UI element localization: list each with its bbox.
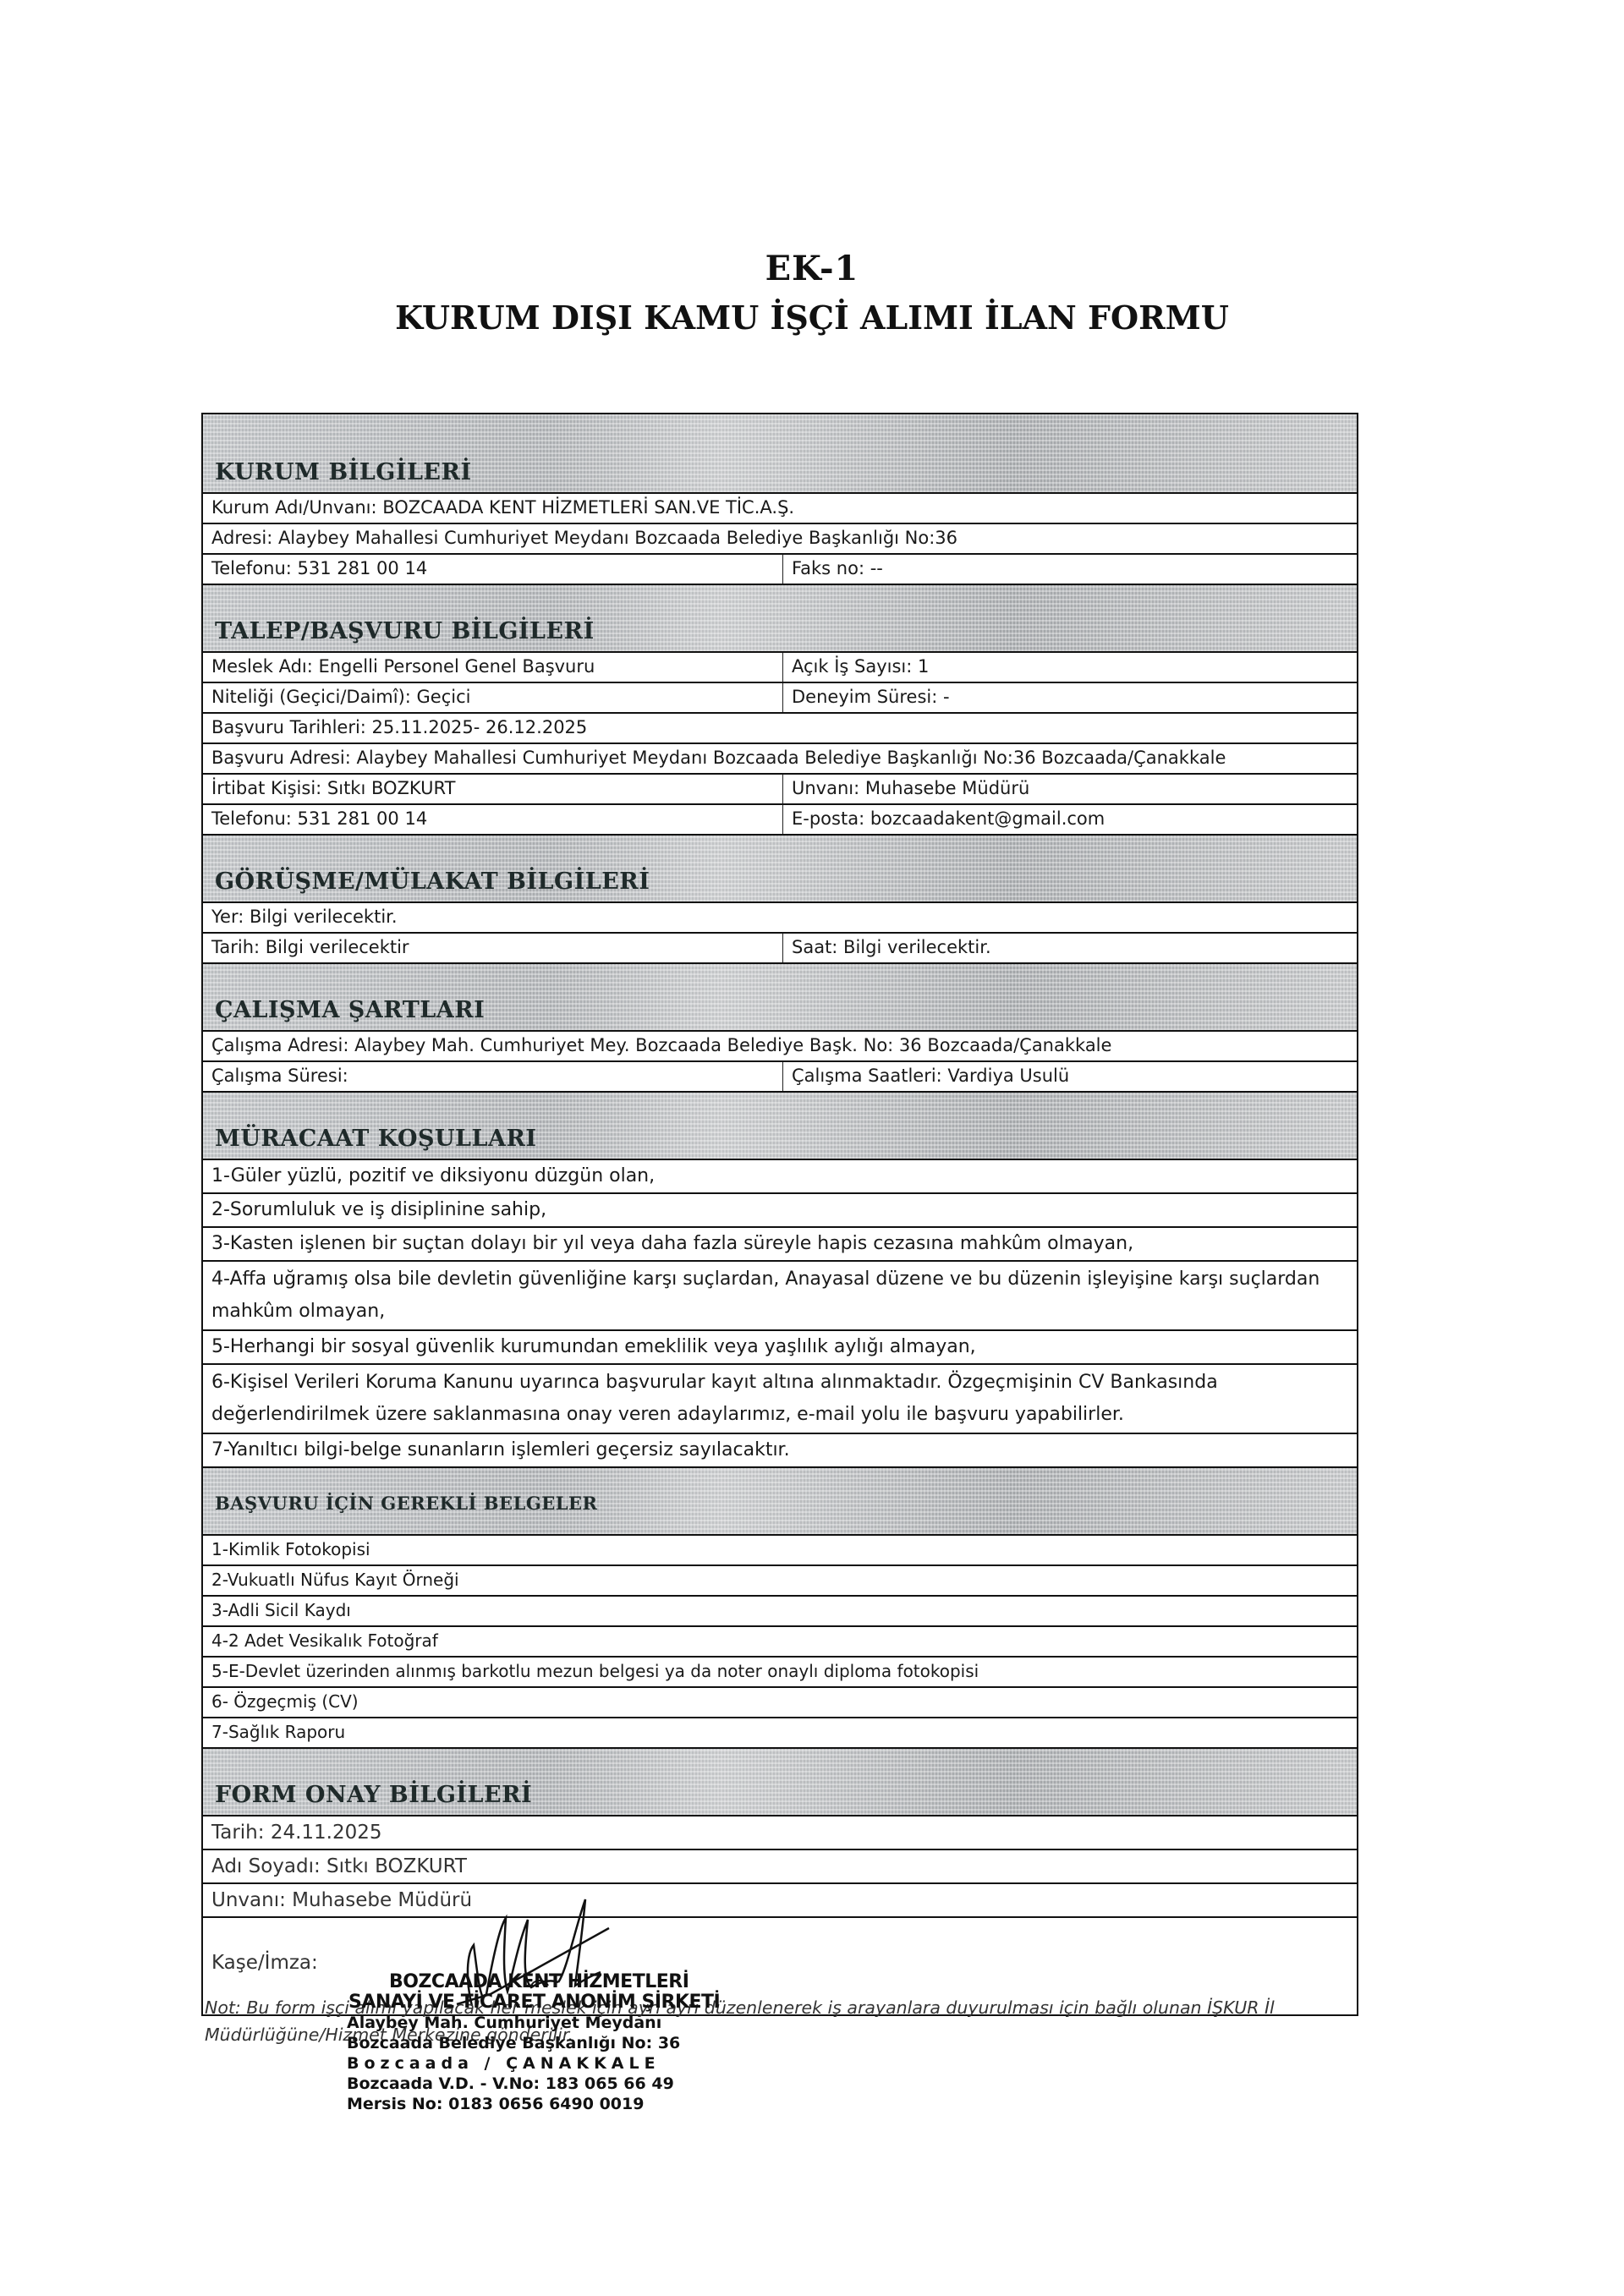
required-document: 1-Kimlik Fotokopisi [203, 1536, 1357, 1564]
table-row: Adresi: Alaybey Mahallesi Cumhuriyet Mey… [203, 524, 1357, 555]
application-dates: Başvuru Tarihleri: 25.11.2025- 26.12.202… [203, 714, 1357, 743]
institution-address: Adresi: Alaybey Mahallesi Cumhuriyet Mey… [203, 524, 1357, 553]
document-row: 1-Kimlik Fotokopisi [203, 1536, 1357, 1566]
section-header-gorusme: GÖRÜŞME/MÜLAKAT BİLGİLERİ [203, 836, 1357, 903]
required-document: 6- Özgeçmiş (CV) [203, 1688, 1357, 1717]
table-row: Unvanı: Muhasebe Müdürü [203, 1884, 1357, 1918]
section-title: GÖRÜŞME/MÜLAKAT BİLGİLERİ [215, 869, 650, 895]
required-document: 7-Sağlık Raporu [203, 1718, 1357, 1747]
condition-item: 6-Kişisel Verileri Koruma Kanunu uyarınc… [203, 1365, 1357, 1433]
stamp-line: BOZCAADA KENT HİZMETLERİ [389, 1972, 727, 1992]
table-row: Tarih: Bilgi verilecektir Saat: Bilgi ve… [203, 934, 1357, 964]
condition-item: 7-Yanıltıcı bilgi-belge sunanların işlem… [203, 1434, 1357, 1466]
condition-item: 5-Herhangi bir sosyal güvenlik kurumunda… [203, 1331, 1357, 1363]
section-title: TALEP/BAŞVURU BİLGİLERİ [215, 618, 595, 644]
document-row: 3-Adli Sicil Kaydı [203, 1597, 1357, 1627]
section-title: MÜRACAAT KOŞULLARI [215, 1126, 537, 1152]
announcement-form-table: KURUM BİLGİLERİ Kurum Adı/Unvanı: BOZCAA… [201, 413, 1358, 2016]
document-row: 2-Vukuatlı Nüfus Kayıt Örneği [203, 1566, 1357, 1597]
contact-phone: Telefonu: 531 281 00 14 [203, 805, 783, 834]
condition-row: 1-Güler yüzlü, pozitif ve diksiyonu düzg… [203, 1160, 1357, 1194]
condition-row: 5-Herhangi bir sosyal güvenlik kurumunda… [203, 1331, 1357, 1365]
table-row: Telefonu: 531 281 00 14 Faks no: -- [203, 555, 1357, 585]
section-header-talep: TALEP/BAŞVURU BİLGİLERİ [203, 585, 1357, 653]
condition-item: 2-Sorumluluk ve iş disiplinine sahip, [203, 1194, 1357, 1226]
condition-row: 7-Yanıltıcı bilgi-belge sunanların işlem… [203, 1434, 1357, 1468]
interview-place: Yer: Bilgi verilecektir. [203, 903, 1357, 932]
required-document: 5-E-Devlet üzerinden alınmış barkotlu me… [203, 1658, 1357, 1686]
open-positions: Açık İş Sayısı: 1 [783, 653, 1357, 682]
table-row: Yer: Bilgi verilecektir. [203, 903, 1357, 934]
section-header-belgeler: BAŞVURU İÇİN GEREKLİ BELGELER [203, 1468, 1357, 1536]
stamp-line: Bozcaada V.D. - V.No: 183 065 66 49 [347, 2074, 727, 2094]
condition-row: 6-Kişisel Verileri Koruma Kanunu uyarınc… [203, 1365, 1357, 1434]
table-row: Meslek Adı: Engelli Personel Genel Başvu… [203, 653, 1357, 683]
document-row: 6- Özgeçmiş (CV) [203, 1688, 1357, 1718]
approval-date: Tarih: 24.11.2025 [203, 1817, 1357, 1849]
section-header-calisma: ÇALIŞMA ŞARTLARI [203, 964, 1357, 1032]
employment-nature: Niteliği (Geçici/Daimî): Geçici [203, 683, 783, 712]
stamp-line: SANAYİ VE TİCARET ANONİM ŞİRKETİ [348, 1992, 727, 2013]
company-stamp: BOZCAADA KENT HİZMETLERİ SANAYİ VE TİCAR… [338, 1972, 727, 2114]
work-hours: Çalışma Saatleri: Vardiya Usulü [783, 1062, 1357, 1091]
document-row: 5-E-Devlet üzerinden alınmış barkotlu me… [203, 1658, 1357, 1688]
section-header-muracaat: MÜRACAAT KOŞULLARI [203, 1093, 1357, 1160]
form-title: KURUM DIŞI KAMU İŞÇİ ALIMI İLAN FORMU [0, 294, 1624, 342]
institution-phone: Telefonu: 531 281 00 14 [203, 555, 783, 584]
table-row: Adı Soyadı: Sıtkı BOZKURT [203, 1850, 1357, 1884]
occupation-name: Meslek Adı: Engelli Personel Genel Başvu… [203, 653, 783, 682]
section-title: KURUM BİLGİLERİ [215, 459, 472, 485]
table-row: Başvuru Adresi: Alaybey Mahallesi Cumhur… [203, 744, 1357, 775]
interview-date: Tarih: Bilgi verilecektir [203, 934, 783, 962]
table-row: Çalışma Adresi: Alaybey Mah. Cumhuriyet … [203, 1032, 1357, 1062]
contact-person: İrtibat Kişisi: Sıtkı BOZKURT [203, 775, 783, 803]
work-address: Çalışma Adresi: Alaybey Mah. Cumhuriyet … [203, 1032, 1357, 1060]
table-row: Çalışma Süresi: Çalışma Saatleri: Vardiy… [203, 1062, 1357, 1093]
table-row: Telefonu: 531 281 00 14 E-posta: bozcaad… [203, 805, 1357, 836]
required-document: 3-Adli Sicil Kaydı [203, 1597, 1357, 1625]
stamp-line: Bozcaada Belediye Başkanlığı No: 36 [347, 2033, 727, 2053]
section-header-kurum: KURUM BİLGİLERİ [203, 414, 1357, 494]
table-row: Kurum Adı/Unvanı: BOZCAADA KENT HİZMETLE… [203, 494, 1357, 524]
required-document: 4-2 Adet Vesikalık Fotoğraf [203, 1627, 1357, 1656]
approver-name: Adı Soyadı: Sıtkı BOZKURT [203, 1850, 1357, 1882]
experience-duration: Deneyim Süresi: - [783, 683, 1357, 712]
section-title: ÇALIŞMA ŞARTLARI [215, 997, 485, 1023]
section-title: FORM ONAY BİLGİLERİ [215, 1782, 532, 1808]
condition-item: 3-Kasten işlenen bir suçtan dolayı bir y… [203, 1228, 1357, 1260]
section-header-onay: FORM ONAY BİLGİLERİ [203, 1749, 1357, 1817]
required-document: 2-Vukuatlı Nüfus Kayıt Örneği [203, 1566, 1357, 1595]
institution-name: Kurum Adı/Unvanı: BOZCAADA KENT HİZMETLE… [203, 494, 1357, 523]
condition-row: 2-Sorumluluk ve iş disiplinine sahip, [203, 1194, 1357, 1228]
document-title-block: EK-1 KURUM DIŞI KAMU İŞÇİ ALIMI İLAN FOR… [0, 245, 1624, 342]
document-row: 7-Sağlık Raporu [203, 1718, 1357, 1749]
work-duration: Çalışma Süresi: [203, 1062, 783, 1091]
table-row: Niteliği (Geçici/Daimî): Geçici Deneyim … [203, 683, 1357, 714]
condition-item: 1-Güler yüzlü, pozitif ve diksiyonu düzg… [203, 1160, 1357, 1192]
institution-fax: Faks no: -- [783, 555, 1357, 584]
stamp-line: Mersis No: 0183 0656 6490 0019 [347, 2094, 727, 2114]
application-address: Başvuru Adresi: Alaybey Mahallesi Cumhur… [203, 744, 1357, 773]
table-row: Başvuru Tarihleri: 25.11.2025- 26.12.202… [203, 714, 1357, 744]
table-row: Tarih: 24.11.2025 [203, 1817, 1357, 1850]
interview-time: Saat: Bilgi verilecektir. [783, 934, 1357, 962]
condition-item: 4-Affa uğramış olsa bile devletin güvenl… [203, 1262, 1357, 1329]
condition-row: 3-Kasten işlenen bir suçtan dolayı bir y… [203, 1228, 1357, 1262]
stamp-line: Bozcaada / ÇANAKKALE [347, 2053, 727, 2074]
approver-title: Unvanı: Muhasebe Müdürü [203, 1884, 1357, 1916]
document-row: 4-2 Adet Vesikalık Fotoğraf [203, 1627, 1357, 1658]
annex-label: EK-1 [0, 245, 1624, 293]
stamp-line: Alaybey Mah. Cumhuriyet Meydanı [347, 2013, 727, 2033]
section-title: BAŞVURU İÇİN GEREKLİ BELGELER [215, 1493, 598, 1514]
contact-email: E-posta: bozcaadakent@gmail.com [783, 805, 1357, 834]
table-row: İrtibat Kişisi: Sıtkı BOZKURT Unvanı: Mu… [203, 775, 1357, 805]
contact-title: Unvanı: Muhasebe Müdürü [783, 775, 1357, 803]
condition-row: 4-Affa uğramış olsa bile devletin güvenl… [203, 1262, 1357, 1331]
